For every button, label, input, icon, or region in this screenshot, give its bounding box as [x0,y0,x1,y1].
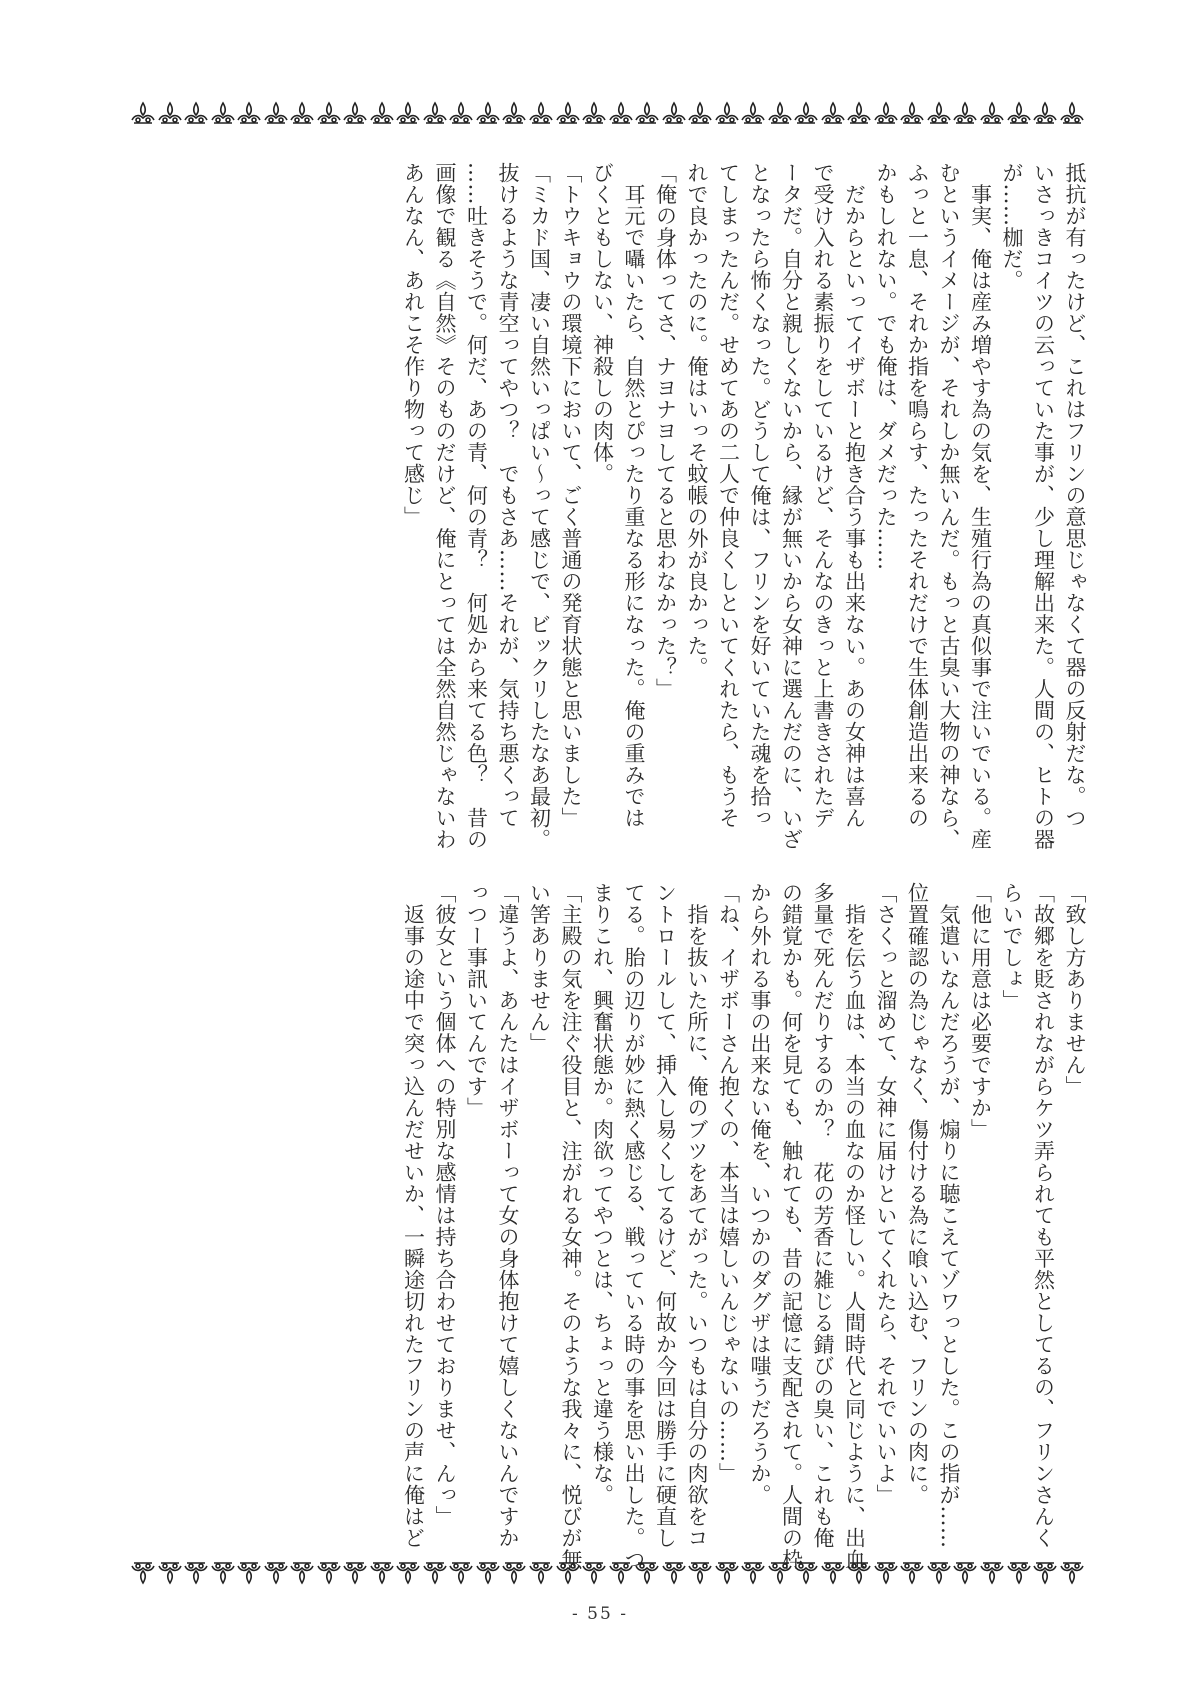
text-column: 指を伝う血は、本当の血なのか怪しい。人間時代と同じように、出血 [838,882,870,1542]
text-column: で受け入れる素振りをしているけど、そんなのきっと上書きされたデ [807,162,839,822]
text-column: てしまったんだ。せめてあの二人で仲良くしといてくれたら、もうそ [712,162,744,822]
fleur-ornament-icon [767,100,793,126]
fleur-ornament-icon [979,100,1005,126]
text-column: 抜けるような青空ってやつ？ でもさあ……それが、気持ち悪くって [492,162,524,822]
fleur-ornament-icon [926,100,952,126]
text-column: 「ミカド国、凄い自然いっぱい～って感じで、ビックリしたなあ最初。 [523,162,555,822]
text-column: の錯覚かも。何を見ても、触れても、昔の記憶に支配されて。人間の枠 [775,882,807,1542]
text-column: 画像で観る《自然》そのものだけど、俺にとっては全然自然じゃないわ [429,162,461,822]
fleur-ornament-icon [1006,1560,1032,1586]
fleur-ornament-icon [714,1560,740,1586]
fleur-ornament-icon [687,100,713,126]
text-column: っつー事訊いてんです」 [460,882,492,1542]
text-column: びくともしない、神殺しの肉体。 [586,162,618,822]
fleur-ornament-icon [873,1560,899,1586]
text-column: だからといってイザボーと抱き合う事も出来ない。あの女神は喜ん [838,162,870,822]
text-column: 「トウキョウの環境下において、ごく普通の発育状態と思いました」 [555,162,587,822]
fleur-ornament-icon [289,100,315,126]
text-column: 抵抗が有ったけど、これはフリンの意思じゃなくて器の反射だな。つ [1059,162,1091,822]
fleur-ornament-icon [210,100,236,126]
text-column: いさっきコイツの云っていた事が、少し理解出来た。人間の、ヒトの器 [1027,162,1059,822]
text-column: 「彼女という個体への特別な感情は持ち合わせておりませ、んっ」 [429,882,461,1542]
fleur-ornament-icon [528,100,554,126]
text-column: ……吐きそうで。何だ、あの青、何の青？ 何処から来てる色？ 昔の [460,162,492,822]
fleur-ornament-icon [1059,100,1085,126]
fleur-ornament-icon [501,100,527,126]
fleur-ornament-icon [661,1560,687,1586]
text-column: ータだ。自分と親しくないから、縁が無いから女神に選んだのに、いざ [775,162,807,822]
fleur-ornament-icon [608,1560,634,1586]
text-column: 耳元で囁いたら、自然とぴったり重なる形になった。俺の重みでは [618,162,650,822]
text-column: 事実、俺は産み増やす為の気を、生殖行為の真似事で注いでいる。産 [964,162,996,822]
fleur-ornament-icon [316,1560,342,1586]
text-column: あんなん、あれこそ作り物って感じ」 [397,162,429,822]
fleur-ornament-icon [1032,100,1058,126]
text-column: れで良かったのに。俺はいっそ蚊帳の外が良かった。 [681,162,713,822]
fleur-ornament-icon [899,1560,925,1586]
top-ornamental-border [130,100,1085,126]
fleur-ornament-icon [1032,1560,1058,1586]
fleur-ornament-icon [555,1560,581,1586]
fleur-ornament-icon [422,1560,448,1586]
fleur-ornament-icon [687,1560,713,1586]
fleur-ornament-icon [634,100,660,126]
text-column: らいでしょ」 [996,882,1028,1542]
text-column: 「致し方ありません」 [1059,882,1091,1542]
fleur-ornament-icon [448,100,474,126]
fleur-ornament-icon [581,1560,607,1586]
text-column: むというイメージが、それしか無いんだ。もっと古臭い大物の神なら、 [933,162,965,822]
fleur-ornament-icon [395,100,421,126]
fleur-ornament-icon [952,100,978,126]
fleur-ornament-icon [634,1560,660,1586]
fleur-ornament-icon [1059,1560,1085,1586]
fleur-ornament-icon [793,100,819,126]
fleur-ornament-icon [183,100,209,126]
fleur-ornament-icon [342,100,368,126]
fleur-ornament-icon [581,100,607,126]
fleur-ornament-icon [236,1560,262,1586]
upper-text-block: 抵抗が有ったけど、これはフリンの意思じゃなくて器の反射だな。ついさっきコイツの云… [150,162,1090,822]
text-column: 「主殿の気を注ぐ役目と、注がれる女神。そのような我々に、悦びが無 [555,882,587,1542]
fleur-ornament-icon [369,100,395,126]
fleur-ornament-icon [395,1560,421,1586]
fleur-ornament-icon [316,100,342,126]
fleur-ornament-icon [263,1560,289,1586]
text-column: 気遣いなんだろうが、煽りに聴こえてゾワっとした。この指が…… [933,882,965,1542]
fleur-ornament-icon [183,1560,209,1586]
lower-text-block: 「致し方ありません」「故郷を貶されながらケツ弄られても平然としてるの、フリンさん… [150,882,1090,1542]
text-column: 多量で死んだりするのか？ 花の芳香に雑じる錆びの臭い、これも俺 [807,882,839,1542]
fleur-ornament-icon [608,100,634,126]
fleur-ornament-icon [740,1560,766,1586]
fleur-ornament-icon [740,100,766,126]
text-column: かもしれない。でも俺は、ダメだった…… [870,162,902,822]
fleur-ornament-icon [820,1560,846,1586]
fleur-ornament-icon [846,100,872,126]
text-column: 「他に用意は必要ですか」 [964,882,996,1542]
fleur-ornament-icon [952,1560,978,1586]
bottom-ornamental-border [130,1560,1085,1586]
text-column: が……枷だ。 [996,162,1028,822]
text-column: ふっと一息、それか指を鳴らす、たったそれだけで生体創造出来るの [901,162,933,822]
text-column: から外れる事の出来ない俺を、いつかのダグザは嗤うだろうか。 [744,882,776,1542]
fleur-ornament-icon [157,1560,183,1586]
fleur-ornament-icon [873,100,899,126]
text-column: 位置確認の為じゃなく、傷付ける為に喰い込む、フリンの肉に。 [901,882,933,1542]
text-column: となったら怖くなった。どうして俺は、フリンを好いていた魂を拾っ [744,162,776,822]
text-column: い筈ありません」 [523,882,555,1542]
fleur-ornament-icon [342,1560,368,1586]
fleur-ornament-icon [263,100,289,126]
fleur-ornament-icon [793,1560,819,1586]
text-column: ントロールして、挿入し易くしてるけど、何故か今回は勝手に硬直し [649,882,681,1542]
fleur-ornament-icon [475,1560,501,1586]
text-column: 「故郷を貶されながらケツ弄られても平然としてるの、フリンさんく [1027,882,1059,1542]
fleur-ornament-icon [846,1560,872,1586]
fleur-ornament-icon [899,100,925,126]
fleur-ornament-icon [501,1560,527,1586]
text-column: てる。胎の辺りが妙に熱く感じる、戦っている時の事を思い出した。つ [618,882,650,1542]
fleur-ornament-icon [820,100,846,126]
fleur-ornament-icon [475,100,501,126]
text-column: 「違うよ、あんたはイザボーって女の身体抱けて嬉しくないんですか [492,882,524,1542]
fleur-ornament-icon [661,100,687,126]
page-number: - 55 - [0,1604,1200,1624]
text-column: 返事の途中で突っ込んだせいか、一瞬途切れたフリンの声に俺はど [397,882,429,1542]
fleur-ornament-icon [289,1560,315,1586]
fleur-ornament-icon [422,100,448,126]
fleur-ornament-icon [1006,100,1032,126]
text-column: 「ね、イザボーさん抱くの、本当は嬉しいんじゃないの……」 [712,882,744,1542]
fleur-ornament-icon [157,100,183,126]
fleur-ornament-icon [130,100,156,126]
fleur-ornament-icon [767,1560,793,1586]
fleur-ornament-icon [926,1560,952,1586]
fleur-ornament-icon [448,1560,474,1586]
fleur-ornament-icon [130,1560,156,1586]
fleur-ornament-icon [714,100,740,126]
text-column: 指を抜いた所に、俺のブツをあてがった。いつもは自分の肉欲をコ [681,882,713,1542]
fleur-ornament-icon [528,1560,554,1586]
fleur-ornament-icon [979,1560,1005,1586]
fleur-ornament-icon [369,1560,395,1586]
fleur-ornament-icon [236,100,262,126]
text-column: まりこれ、興奮状態か。肉欲ってやつとは、ちょっと違う様な。 [586,882,618,1542]
text-column: 「俺の身体ってさ、ナヨナヨしてると思わなかった？」 [649,162,681,822]
text-column: 「さくっと溜めて、女神に届けといてくれたら、それでいいよ」 [870,882,902,1542]
fleur-ornament-icon [210,1560,236,1586]
fleur-ornament-icon [555,100,581,126]
